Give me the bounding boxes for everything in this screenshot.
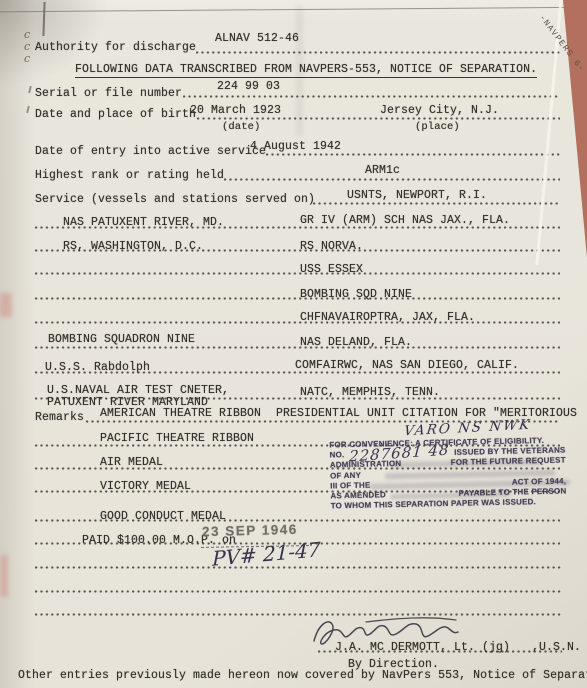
footer-note: Other entries previously made hereon now… xyxy=(18,669,587,682)
service-value: USNTS, NEWPORT, R.I. xyxy=(347,189,487,202)
dotted-line xyxy=(35,297,560,300)
birth-label: Date and place of birth xyxy=(35,108,196,121)
margin-mark: c xyxy=(24,29,30,40)
service-label: Service (vessels and stations served on) xyxy=(35,193,315,206)
stamp-text: NO. xyxy=(329,450,344,460)
entry-label: Date of entry into active service xyxy=(35,145,266,158)
remarks-ribbon: VICTORY MEDAL xyxy=(100,480,191,493)
pink-smudge xyxy=(0,293,12,317)
signature-branch: ,U.S.N. xyxy=(532,641,581,654)
dotted-line xyxy=(196,51,560,54)
birth-date-caption: (date) xyxy=(222,121,260,133)
birth-place-value: Jersey City, N.J. xyxy=(380,104,499,117)
serial-label: Serial or file number xyxy=(35,87,182,100)
remarks-ribbon: AIR MEDAL xyxy=(100,456,163,469)
dotted-line xyxy=(183,95,560,98)
margin-marks: c c c xyxy=(24,29,30,64)
dotted-line xyxy=(35,613,562,616)
remarks-ribbon: PACIFIC THEATRE RIBBON xyxy=(100,432,254,445)
entry-value: 4 August 1942 xyxy=(250,140,341,153)
station-left: RS, WASHINGTON, D.C. xyxy=(63,240,203,253)
station-right: NAS DELAND, FLA. xyxy=(300,336,412,349)
signature-typed-name: J.A. MC DERMOTT, Lt. (jg) xyxy=(335,641,510,654)
station-left: U.S.S. Rabdolph xyxy=(45,361,150,374)
authority-label: Authority for discharge xyxy=(35,41,196,54)
authority-value: ALNAV 512-46 xyxy=(215,32,299,45)
dotted-line xyxy=(35,272,560,275)
station-right: USS ESSEX xyxy=(300,263,363,276)
station-left: BOMBING SQUADRON NINE xyxy=(48,333,195,346)
dotted-line xyxy=(313,202,560,205)
dotted-line xyxy=(35,566,562,569)
station-right: COMFAIRWC, NAS SAN DIEGO, CALIF. xyxy=(295,359,519,372)
date-stamp: 23 SEP 1946 xyxy=(202,522,298,540)
margin-mark: c xyxy=(24,41,30,52)
section-heading: FOLLOWING DATA TRANSCRIBED FROM NAVPERS-… xyxy=(75,63,537,78)
serial-value: 224 99 03 xyxy=(217,80,280,93)
birth-place-caption: (place) xyxy=(415,121,460,133)
dotted-line xyxy=(266,153,560,156)
dotted-line xyxy=(35,346,560,349)
station-right: BOMBING SQD NINE xyxy=(300,288,412,301)
rank-label: Highest rank or rating held xyxy=(35,169,224,182)
remarks-label: Remarks xyxy=(35,411,84,424)
station-right: GR IV (ARM) SCH NAS JAX., FLA. xyxy=(300,214,510,227)
dotted-line xyxy=(224,178,560,181)
remarks-ribbon: AMERICAN THEATRE RIBBON xyxy=(100,407,261,420)
margin-mark: c xyxy=(24,53,30,64)
scanned-document-photo: c c c Authority for discharge ALNAV 512-… xyxy=(0,0,587,688)
station-right: NATC, MEMPHIS, TENN. xyxy=(300,386,440,399)
dotted-line xyxy=(35,590,562,593)
station-left: NAS PATUXENT RIVER, MD. xyxy=(63,216,224,229)
birth-date-value: 20 March 1923 xyxy=(190,104,281,117)
pink-smudge xyxy=(0,555,8,597)
dotted-line xyxy=(35,321,560,324)
remarks-ribbon: GOOD CONDUCT MEDAL xyxy=(100,510,226,523)
station-right: RS NORVA. xyxy=(300,240,363,253)
stamp-text: OF ANY xyxy=(330,470,361,481)
signature-flourish xyxy=(366,618,456,622)
station-right: CHFNAVAIROPTRA, JAX, FLA. xyxy=(300,311,475,324)
dotted-line xyxy=(197,117,560,120)
rank-value: ARM1c xyxy=(365,164,400,177)
